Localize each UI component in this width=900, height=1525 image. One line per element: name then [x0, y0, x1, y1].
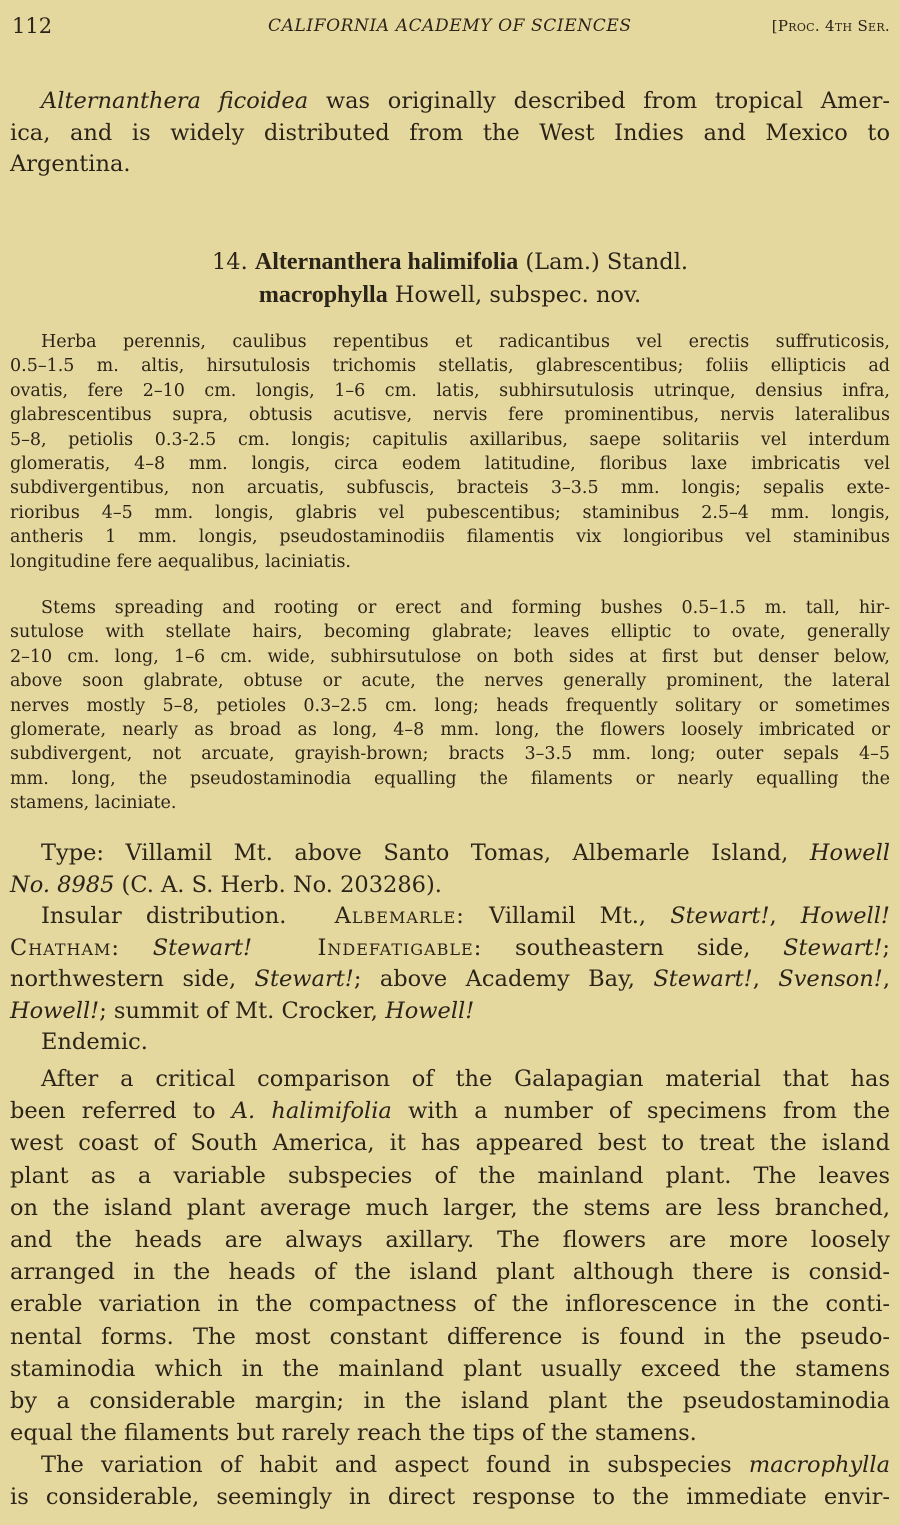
discussion-line: on the island plant average much larger,… — [10, 1192, 890, 1224]
english-line: nerves mostly 5–8, petioles 0.3–2.5 cm. … — [10, 694, 890, 718]
discussion-line: equal the filaments but rarely reach the… — [10, 1417, 890, 1449]
discussion-line: plant as a variable subspecies of the ma… — [10, 1160, 890, 1192]
english-line: 2–10 cm. long, 1–6 cm. wide, subhirsutul… — [10, 645, 890, 669]
distribution-line: northwestern side, Stewart!; above Acade… — [10, 964, 890, 996]
intro-line: ica, and is widely distributed from the … — [10, 118, 890, 150]
page-number: 112 — [12, 14, 52, 38]
type-and-distribution: Type: Villamil Mt. above Santo Tomas, Al… — [10, 838, 890, 1059]
variation-line: is considerable, seemingly in direct res… — [10, 1481, 890, 1513]
distribution-line: Howell!; summit of Mt. Crocker, Howell! — [10, 996, 890, 1028]
island-albemarle: Albemarle: — [335, 903, 465, 929]
collector-stewart: Stewart! — [783, 935, 882, 961]
type-collector-number: No. 8985 — [10, 872, 114, 898]
discussion-line: by a considerable margin; in the island … — [10, 1385, 890, 1417]
locality-text: summit of Mt. Crocker, — [107, 998, 385, 1024]
discussion-line: arranged in the heads of the island plan… — [10, 1256, 890, 1288]
island-indefatigable: Indefatigable: — [318, 935, 483, 961]
subspecies-name: macrophylla — [259, 282, 388, 308]
english-line: above soon glabrate, obtuse or acute, th… — [10, 669, 890, 693]
latin-line: 0.5–1.5 m. altis, hirsutulosis trichomis… — [10, 354, 890, 378]
collector-howell: Howell! — [385, 998, 474, 1024]
species-name-italic: Alternanthera ficoidea — [41, 88, 308, 114]
latin-line: ovatis, fere 2–10 cm. longis, 1–6 cm. la… — [10, 379, 890, 403]
english-description: Stems spreading and rooting or erect and… — [10, 596, 890, 816]
english-line: glomerate, nearly as broad as long, 4–8 … — [10, 718, 890, 742]
collector-howell: Howell! — [801, 903, 890, 929]
species-authority: (Lam.) Standl. — [525, 249, 688, 275]
discussion-line: been referred to A. halimifolia with a n… — [10, 1095, 890, 1127]
series-label: [Proc. 4th Ser. — [772, 17, 890, 35]
locality-text: Villamil Mt., — [465, 903, 670, 929]
discussion-line: erable variation in the compactness of t… — [10, 1288, 890, 1320]
latin-line: subdivergentibus, non arcuatis, subfusci… — [10, 476, 890, 500]
distribution-line: Insular distribution. Albemarle: Villami… — [10, 901, 890, 933]
discussion-text: been referred to — [10, 1098, 232, 1124]
latin-line: 5–8, petiolis 0.3-2.5 cm. longis; capitu… — [10, 428, 890, 452]
variation-line: The variation of habit and aspect found … — [10, 1449, 890, 1481]
type-label: Type: — [41, 840, 104, 866]
distribution-line: Chatham: Stewart! Indefatigable: southea… — [10, 933, 890, 965]
collector-stewart: Stewart! — [670, 903, 769, 929]
latin-line: Herba perennis, caulibus repentibus et r… — [10, 330, 890, 354]
english-line: mm. long, the pseudostaminodia equalling… — [10, 767, 890, 791]
english-line: Stems spreading and rooting or erect and… — [10, 596, 890, 620]
discussion-line: west coast of South America, it has appe… — [10, 1127, 890, 1159]
collector-stewart: Stewart! — [653, 966, 752, 992]
island-chatham: Chatham: — [10, 935, 120, 961]
locality-text: northwestern side, — [10, 966, 255, 992]
journal-title: CALIFORNIA ACADEMY OF SCIENCES — [268, 16, 632, 36]
discussion-paragraph: After a critical comparison of the Galap… — [10, 1063, 890, 1449]
english-line: stamens, laciniate. — [10, 791, 890, 815]
type-collector: Howell — [810, 840, 890, 866]
species-reference-italic: A. halimifolia — [232, 1098, 392, 1124]
variation-paragraph: The variation of habit and aspect found … — [10, 1449, 890, 1513]
distribution-intro: Insular distribution. — [41, 903, 286, 929]
discussion-line: staminodia which in the mainland plant u… — [10, 1353, 890, 1385]
subspecies-italic: macrophylla — [749, 1452, 890, 1478]
intro-line: Argentina. — [10, 149, 890, 181]
discussion-line: After a critical comparison of the Galap… — [10, 1063, 890, 1095]
collector-stewart: Stewart! — [153, 935, 252, 961]
type-line: Type: Villamil Mt. above Santo Tomas, Al… — [10, 838, 890, 870]
latin-line: glomeratis, 4–8 mm. longis, circa eodem … — [10, 452, 890, 476]
collector-howell: Howell! — [10, 998, 99, 1024]
herbarium-number: (C. A. S. Herb. No. 203286). — [114, 872, 441, 898]
intro-text: was originally described from tropical A… — [308, 88, 890, 114]
latin-description: Herba perennis, caulibus repentibus et r… — [10, 330, 890, 574]
english-line: subdivergent, not arcuate, grayish-brown… — [10, 742, 890, 766]
latin-line: rioribus 4–5 mm. longis, glabris vel pub… — [10, 501, 890, 525]
variation-text: The variation of habit and aspect found … — [41, 1452, 749, 1478]
locality-text: above Academy Bay, — [361, 966, 653, 992]
locality-text: southeastern side, — [482, 935, 783, 961]
running-header: 112 CALIFORNIA ACADEMY OF SCIENCES [Proc… — [12, 14, 890, 40]
discussion-line: nental forms. The most constant differen… — [10, 1321, 890, 1353]
discussion-text: with a number of specimens from the — [392, 1098, 890, 1124]
subspecies-authority: Howell, subspec. nov. — [395, 282, 641, 308]
type-line: No. 8985 (C. A. S. Herb. No. 203286). — [10, 870, 890, 902]
species-number: 14. — [212, 249, 248, 275]
document-page: 112 CALIFORNIA ACADEMY OF SCIENCES [Proc… — [0, 0, 900, 1525]
latin-line: longitudine fere aequalibus, laciniatis. — [10, 550, 890, 574]
intro-paragraph: Alternanthera ficoidea was originally de… — [10, 86, 890, 181]
english-line: sutulose with stellate hairs, becoming g… — [10, 620, 890, 644]
latin-line: antheris 1 mm. longis, pseudostaminodiis… — [10, 525, 890, 549]
collector-stewart: Stewart! — [255, 966, 354, 992]
discussion-line: and the heads are always axillary. The f… — [10, 1224, 890, 1256]
collector-svenson: Svenson! — [778, 966, 883, 992]
species-heading: 14. Alternanthera halimifolia (Lam.) Sta… — [10, 246, 890, 312]
latin-line: glabrescentibus supra, obtusis acutisve,… — [10, 403, 890, 427]
endemic-note: Endemic. — [10, 1027, 890, 1059]
species-name: Alternanthera halimifolia — [255, 249, 518, 275]
type-locality: Villamil Mt. above Santo Tomas, Albemarl… — [104, 840, 810, 866]
